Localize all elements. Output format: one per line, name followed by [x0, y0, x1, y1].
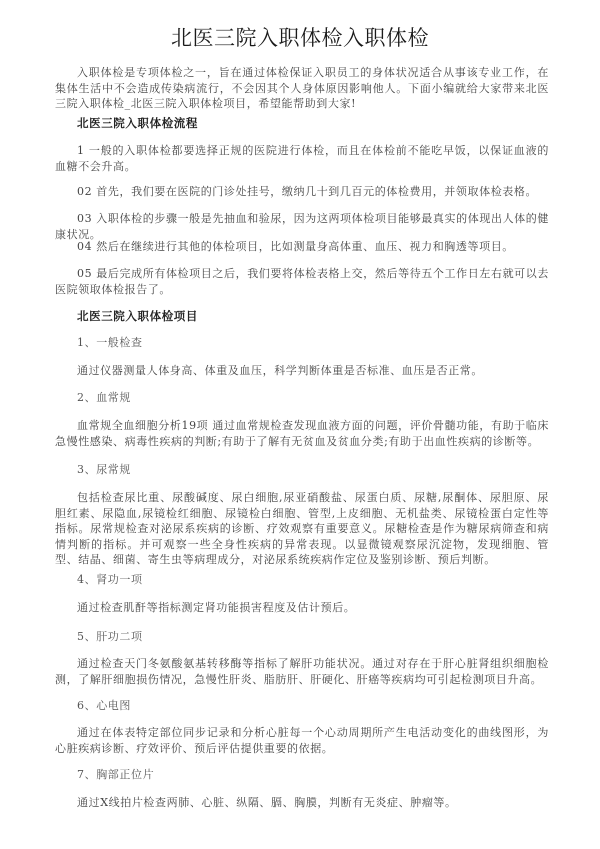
document-title: 北医三院入职体检入职体检: [0, 24, 600, 52]
item-text-urine: 包括检查尿比重、尿酸碱度、尿白细胞,尿亚硝酸盐、尿蛋白质、尿糖,尿酮体、尿胆原、…: [55, 490, 549, 568]
item-text-general: 通过仪器测量人体身高、体重及血压，科学判断体重是否标准、血压是否正常。: [77, 363, 549, 379]
document-page: 北医三院入职体检入职体检 入职体检是专项体检之一，旨在通过体检保证入职员工的身体…: [0, 0, 600, 849]
item-text-liver: 通过检查天门冬氨酸氨基转移酶等指标了解肝功能状况。通过对存在于肝心脏肾组织细胞检…: [55, 656, 549, 687]
process-step-3: 03 入职体检的步骤一般是先抽血和验尿，因为这两项体检项目能够最真实的体现出人体…: [55, 211, 549, 242]
item-label-liver: 5、肝功二项: [77, 629, 143, 645]
items-heading: 北医三院入职体检项目: [77, 308, 198, 324]
process-heading: 北医三院入职体检流程: [77, 115, 198, 131]
item-label-kidney: 4、肾功一项: [77, 572, 143, 588]
process-step-4: 04 然后在继续进行其他的体检项目，比如测量身高体重、血压、视力和胸透等项目。: [55, 239, 549, 255]
intro-paragraph: 入职体检是专项体检之一，旨在通过体检保证入职员工的身体状况适合从事该专业工作，在…: [55, 65, 549, 112]
item-label-chest-xray: 7、胸部正位片: [77, 767, 154, 783]
item-text-ecg: 通过在体表特定部位同步记录和分析心脏每一个心动周期所产生电活动变化的曲线图形，为…: [55, 725, 549, 756]
process-step-1: 1 一般的入职体检都要选择正规的医院进行体检，而且在体检前不能吃早饭，以保证血液…: [55, 143, 549, 174]
item-text-chest-xray: 通过X线拍片检查两肺、心脏、纵隔、膈、胸膜，判断有无炎症、肿瘤等。: [77, 795, 549, 811]
item-text-blood: 血常规全血细胞分析19项 通过血常规检查发现血液方面的问题，评价骨髓功能，有助于…: [55, 418, 549, 449]
process-step-5: 05 最后完成所有体检项目之后，我们要将体检表格上交，然后等待五个工作日左右就可…: [55, 266, 549, 297]
item-text-kidney: 通过检查肌酐等指标测定肾功能损害程度及估计预后。: [77, 600, 549, 616]
process-step-2: 02 首先，我们要在医院的门诊处挂号，缴纳几十到几百元的体检费用，并领取体检表格…: [55, 184, 549, 200]
item-label-ecg: 6、心电图: [77, 698, 131, 714]
item-label-blood: 2、血常规: [77, 390, 131, 406]
item-label-urine: 3、尿常规: [77, 462, 131, 478]
item-label-general: 1、一般检查: [77, 335, 143, 351]
